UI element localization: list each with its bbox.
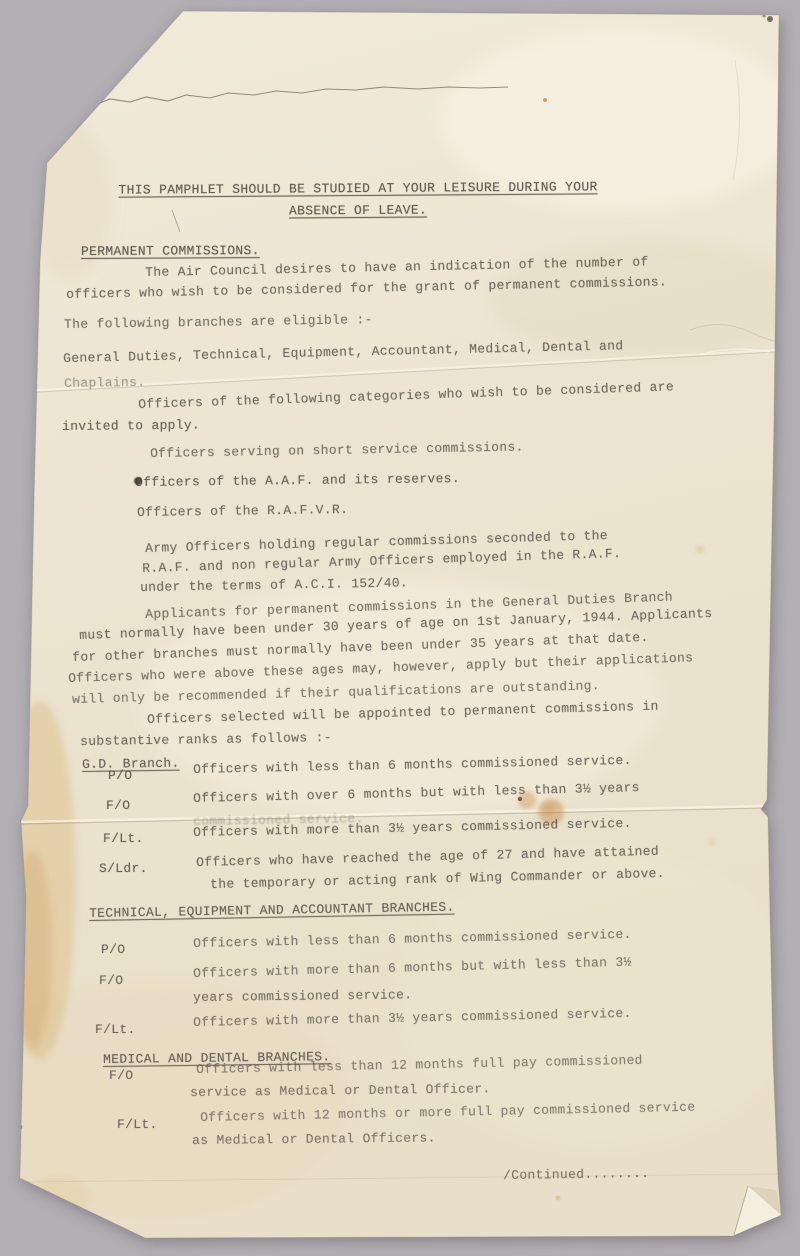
branch-list-line-2: Chaplains. [64,375,145,391]
rank-desc: Officers with more than 6 months but wit… [193,955,632,981]
categories-lead-line-2: invited to apply. [62,418,200,434]
rank-label: F/Lt. [117,1117,158,1132]
rank-label: P/O [108,768,132,783]
category-item-2: Officers of the A.A.F. and its reserves. [135,471,460,490]
branch-list-line-1: General Duties, Technical, Equipment, Ac… [63,338,624,366]
category-item-3: Officers of the R.A.F.V.R. [137,502,348,520]
document-text: THIS PAMPHLET SHOULD BE STUDIED AT YOUR … [0,0,800,1256]
selected-lead-line-2: substantive ranks as follows :- [80,730,332,749]
section-heading-technical-text: TECHNICAL, EQUIPMENT AND ACCOUNTANT BRAN… [89,900,455,921]
rank-label: F/O [99,973,123,988]
rank-desc: years commissioned service. [193,987,412,1005]
notice-text-2: ABSENCE OF LEAVE. [289,203,427,219]
rank-label: F/O [109,1068,133,1083]
notice-text-1: THIS PAMPHLET SHOULD BE STUDIED AT YOUR … [118,179,597,197]
rank-label: F/Lt. [95,1022,136,1037]
scanned-document-page: THIS PAMPHLET SHOULD BE STUDIED AT YOUR … [0,0,800,1256]
section-heading-technical: TECHNICAL, EQUIPMENT AND ACCOUNTANT BRAN… [89,900,455,921]
rank-desc: as Medical or Dental Officers. [192,1130,436,1148]
category-item-1: Officers serving on short service commis… [150,439,524,461]
heading-permanent-commissions-text: PERMANENT COMMISSIONS. [81,243,260,259]
rank-desc: Officers with less than 6 months commiss… [193,753,632,777]
rank-label: P/O [101,942,125,957]
notice-line-2: ABSENCE OF LEAVE. [58,201,658,220]
continued-marker: /Continued........ [503,1166,649,1183]
rank-label: S/Ldr. [99,861,148,876]
rank-desc: the temporary or acting rank of Wing Com… [210,866,665,892]
ink-blot [134,477,142,485]
rank-desc: Officers with over 6 months but with les… [193,780,640,806]
eligible-lead-line: The following branches are eligible :- [64,312,373,332]
notice-line-1: THIS PAMPHLET SHOULD BE STUDIED AT YOUR … [58,179,658,198]
rank-desc: Officers with more than 3½ years commiss… [193,1006,632,1030]
rank-desc: Officers who have reached the age of 27 … [196,844,659,870]
army-para-line-3: under the terms of A.C.I. 152/40. [140,575,408,595]
heading-permanent-commissions: PERMANENT COMMISSIONS. [81,243,260,259]
rank-desc: Officers with 12 months or more full pay… [200,1100,696,1125]
categories-lead-line-1: Officers of the following categories who… [138,379,674,412]
rank-desc: service as Medical or Dental Officer. [190,1081,491,1100]
rank-label: F/Lt. [103,831,144,846]
rank-desc: Officers with less than 6 months commiss… [193,927,632,951]
rank-label: F/O [106,798,130,813]
